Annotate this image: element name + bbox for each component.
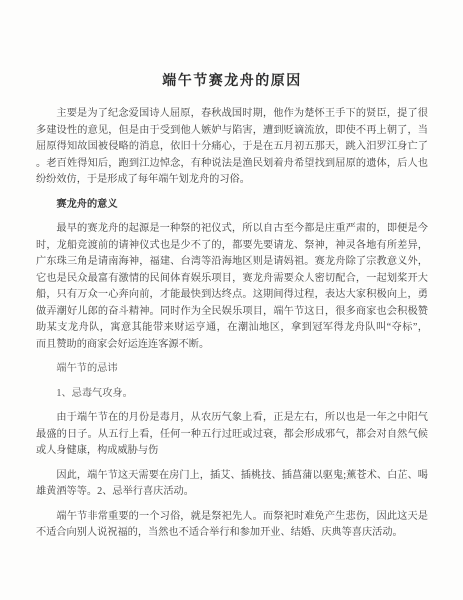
- text-line: 最早的赛龙舟的起源是一种祭的祀仪式，所以自古至今都是庄重严肃的，即便是今: [36, 221, 428, 238]
- text-line: 而且赞助的商家会好运连连客源不断。: [36, 337, 428, 354]
- text-line: 最盛的日子。从五行上看，任何一种五行过旺或过衰，都会形成邪气，都会对自然气候: [36, 427, 428, 444]
- document-page: 端午节赛龙舟的原因 主要是为了纪念爱国诗人屈原，春秋战国时期，他作为楚怀王手下的…: [0, 0, 463, 600]
- section-heading: 赛龙舟的意义: [36, 197, 428, 214]
- text-line: 或人身健康，构成威胁与伤: [36, 443, 428, 460]
- text-line: 它也是民众最富有激情的民间体育娱乐项目，赛龙舟需要众人密切配合，一起划桨开大: [36, 271, 428, 288]
- text-line: 。老百姓得知后，跑到江边悼念，有种说法是渔民划着舟希望找到屈原的遗体，后人也: [36, 156, 428, 173]
- text-line: 屈原得知故国被侵略的消息，依旧十分痛心，于是在五月初五那天，跳入汨罗江身亡了: [36, 139, 428, 156]
- paragraph: 主要是为了纪念爱国诗人屈原，春秋战国时期，他作为楚怀王手下的贤臣，提了很多建设性…: [36, 106, 428, 189]
- text-line: 时，龙船竞渡前的请神仪式也是少不了的，都要先要请龙、祭神，神灵各地有所差异，: [36, 238, 428, 255]
- text-line: 因此，端午节这天需要在房门上，插艾、插桃技、插菖蒲以驱鬼;薰苍术、白芷、喝: [36, 468, 428, 485]
- text-line: 做弄潮好儿郎的奋斗精神。同时作为全民娱乐项目，端午节这日，很多商家也会积极赞: [36, 304, 428, 321]
- text-line: 主要是为了纪念爱国诗人屈原，春秋战国时期，他作为楚怀王手下的贤臣，提了很: [36, 106, 428, 123]
- text-line: 助某支龙舟队，寓意其能带来财运亨通，在潮汕地区，拿到冠军得龙舟队叫“夺标”，: [36, 320, 428, 337]
- text-line: 广东珠三角是请南海神，福建、台湾等沿海地区则是请妈祖。赛龙舟除了宗教意义外，: [36, 254, 428, 271]
- document-content: 主要是为了纪念爱国诗人屈原，春秋战国时期，他作为楚怀王手下的贤臣，提了很多建设性…: [36, 106, 428, 542]
- paragraph: 端午节非常重要的一个习俗，就是祭祀先人。而祭祀时难免产生悲伤，因此这天是不适合向…: [36, 509, 428, 542]
- section-heading: 端午节的忌讳: [36, 361, 428, 378]
- list-item-heading: 1、忌毒气攻身。: [36, 386, 428, 403]
- page-title: 端午节赛龙舟的原因: [36, 70, 428, 90]
- text-line: 雄黄酒等等。2、忌举行喜庆活动。: [36, 484, 428, 501]
- text-line: 多建设性的意见，但是由于受到他人嫉妒与陷害，遭到贬谪流放，即使不再上朝了，当: [36, 123, 428, 140]
- text-line: 端午节非常重要的一个习俗，就是祭祀先人。而祭祀时难免产生悲伤，因此这天是: [36, 509, 428, 526]
- paragraph: 因此，端午节这天需要在房门上，插艾、插桃技、插菖蒲以驱鬼;薰苍术、白芷、喝雄黄酒…: [36, 468, 428, 501]
- text-line: 不适合向别人说祝福的，当然也不适合举行和参加开业、结婚、庆典等喜庆活动。: [36, 525, 428, 542]
- text-line: 船，只有万众一心奔向前，才能最快到达终点。这期间得过程，表达大家积极向上，勇: [36, 287, 428, 304]
- text-line: 由于端午节在的月份是毒月，从农历气象上看，正是左右，所以也是一年之中阳气: [36, 410, 428, 427]
- paragraph: 由于端午节在的月份是毒月，从农历气象上看，正是左右，所以也是一年之中阳气最盛的日…: [36, 410, 428, 460]
- paragraph: 最早的赛龙舟的起源是一种祭的祀仪式，所以自古至今都是庄重严肃的，即便是今时，龙船…: [36, 221, 428, 353]
- text-line: 纷纷效仿，于是形成了每年端午划龙舟的习俗。: [36, 172, 428, 189]
